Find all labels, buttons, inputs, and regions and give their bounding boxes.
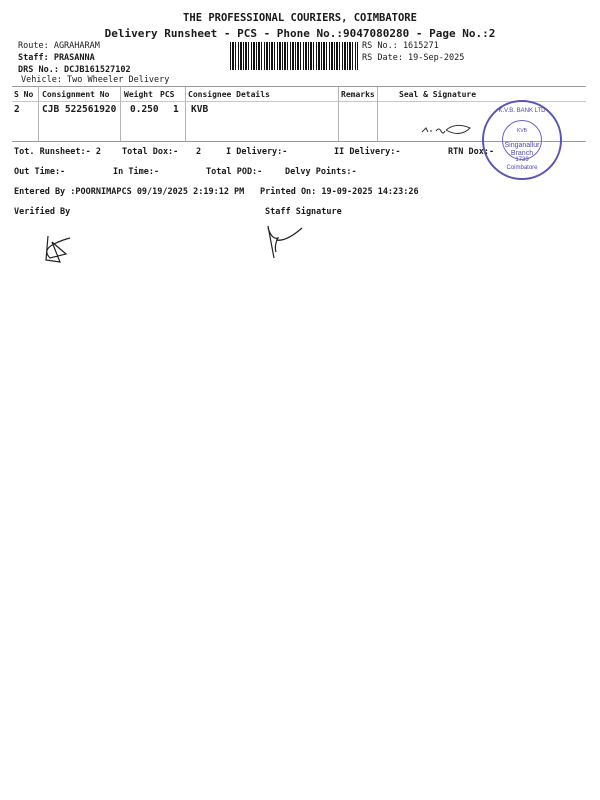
- col-header-pcs: PCS: [160, 90, 174, 99]
- divider: [12, 101, 586, 102]
- col-header-sno: S No: [14, 90, 33, 99]
- barcode: [230, 42, 358, 70]
- i-delivery: I Delivery:-: [226, 147, 287, 157]
- vehicle: Vehicle: Two Wheeler Delivery: [21, 75, 169, 85]
- col-header-weight: Weight: [124, 90, 153, 99]
- in-time: In Time:-: [113, 167, 159, 177]
- cell-pcs: 1: [173, 104, 179, 115]
- printed-on: Printed On: 19-09-2025 14:23:26: [260, 187, 419, 197]
- company-title: THE PROFESSIONAL COURIERS, COIMBATORE: [0, 12, 600, 24]
- delivery-points: Delvy Points:-: [285, 167, 357, 177]
- col-header-seal: Seal & Signature: [399, 90, 476, 99]
- runsheet-subtitle: Delivery Runsheet - PCS - Phone No.:9047…: [0, 27, 600, 40]
- total-dox-label: Total Dox:-: [122, 147, 178, 157]
- column-divider: [377, 87, 378, 141]
- out-time: Out Time:-: [14, 167, 65, 177]
- total-dox-value: 2: [196, 147, 201, 157]
- cell-consignment: CJB 522561920: [42, 104, 116, 115]
- rtn-dox: RTN Dox:-: [448, 147, 494, 157]
- bank-seal-stamp: K.V.B. BANK LTD KVB Singanallur Branch 1…: [482, 100, 562, 180]
- ii-delivery: II Delivery:-: [334, 147, 401, 157]
- drs-number: DRS No.: DCJB161527102: [18, 65, 131, 75]
- verifier-signature: [40, 232, 74, 266]
- route: Route: AGRAHARAM: [18, 41, 100, 51]
- staff-signature: [262, 222, 306, 262]
- column-divider: [185, 87, 186, 141]
- column-divider: [38, 87, 39, 141]
- column-divider: [338, 87, 339, 141]
- cell-consignee: KVB: [191, 104, 208, 115]
- col-header-remarks: Remarks: [341, 90, 375, 99]
- col-header-consignment: Consignment No: [42, 90, 109, 99]
- col-header-consignee: Consignee Details: [188, 90, 270, 99]
- total-runsheet: Tot. Runsheet:- 2: [14, 147, 101, 157]
- staff: Staff: PRASANNA: [18, 53, 95, 63]
- total-pod: Total POD:-: [206, 167, 262, 177]
- cell-weight: 0.250: [130, 104, 159, 115]
- staff-signature-label: Staff Signature: [265, 207, 342, 217]
- rs-date: RS Date: 19-Sep-2025: [362, 53, 464, 63]
- verified-by-label: Verified By: [14, 207, 70, 217]
- rs-number: RS No.: 1615271: [362, 41, 439, 51]
- divider: [12, 86, 586, 87]
- column-divider: [120, 87, 121, 141]
- entered-by: Entered By :POORNIMAPCS 09/19/2025 2:19:…: [14, 187, 244, 197]
- cell-sno: 2: [14, 104, 20, 115]
